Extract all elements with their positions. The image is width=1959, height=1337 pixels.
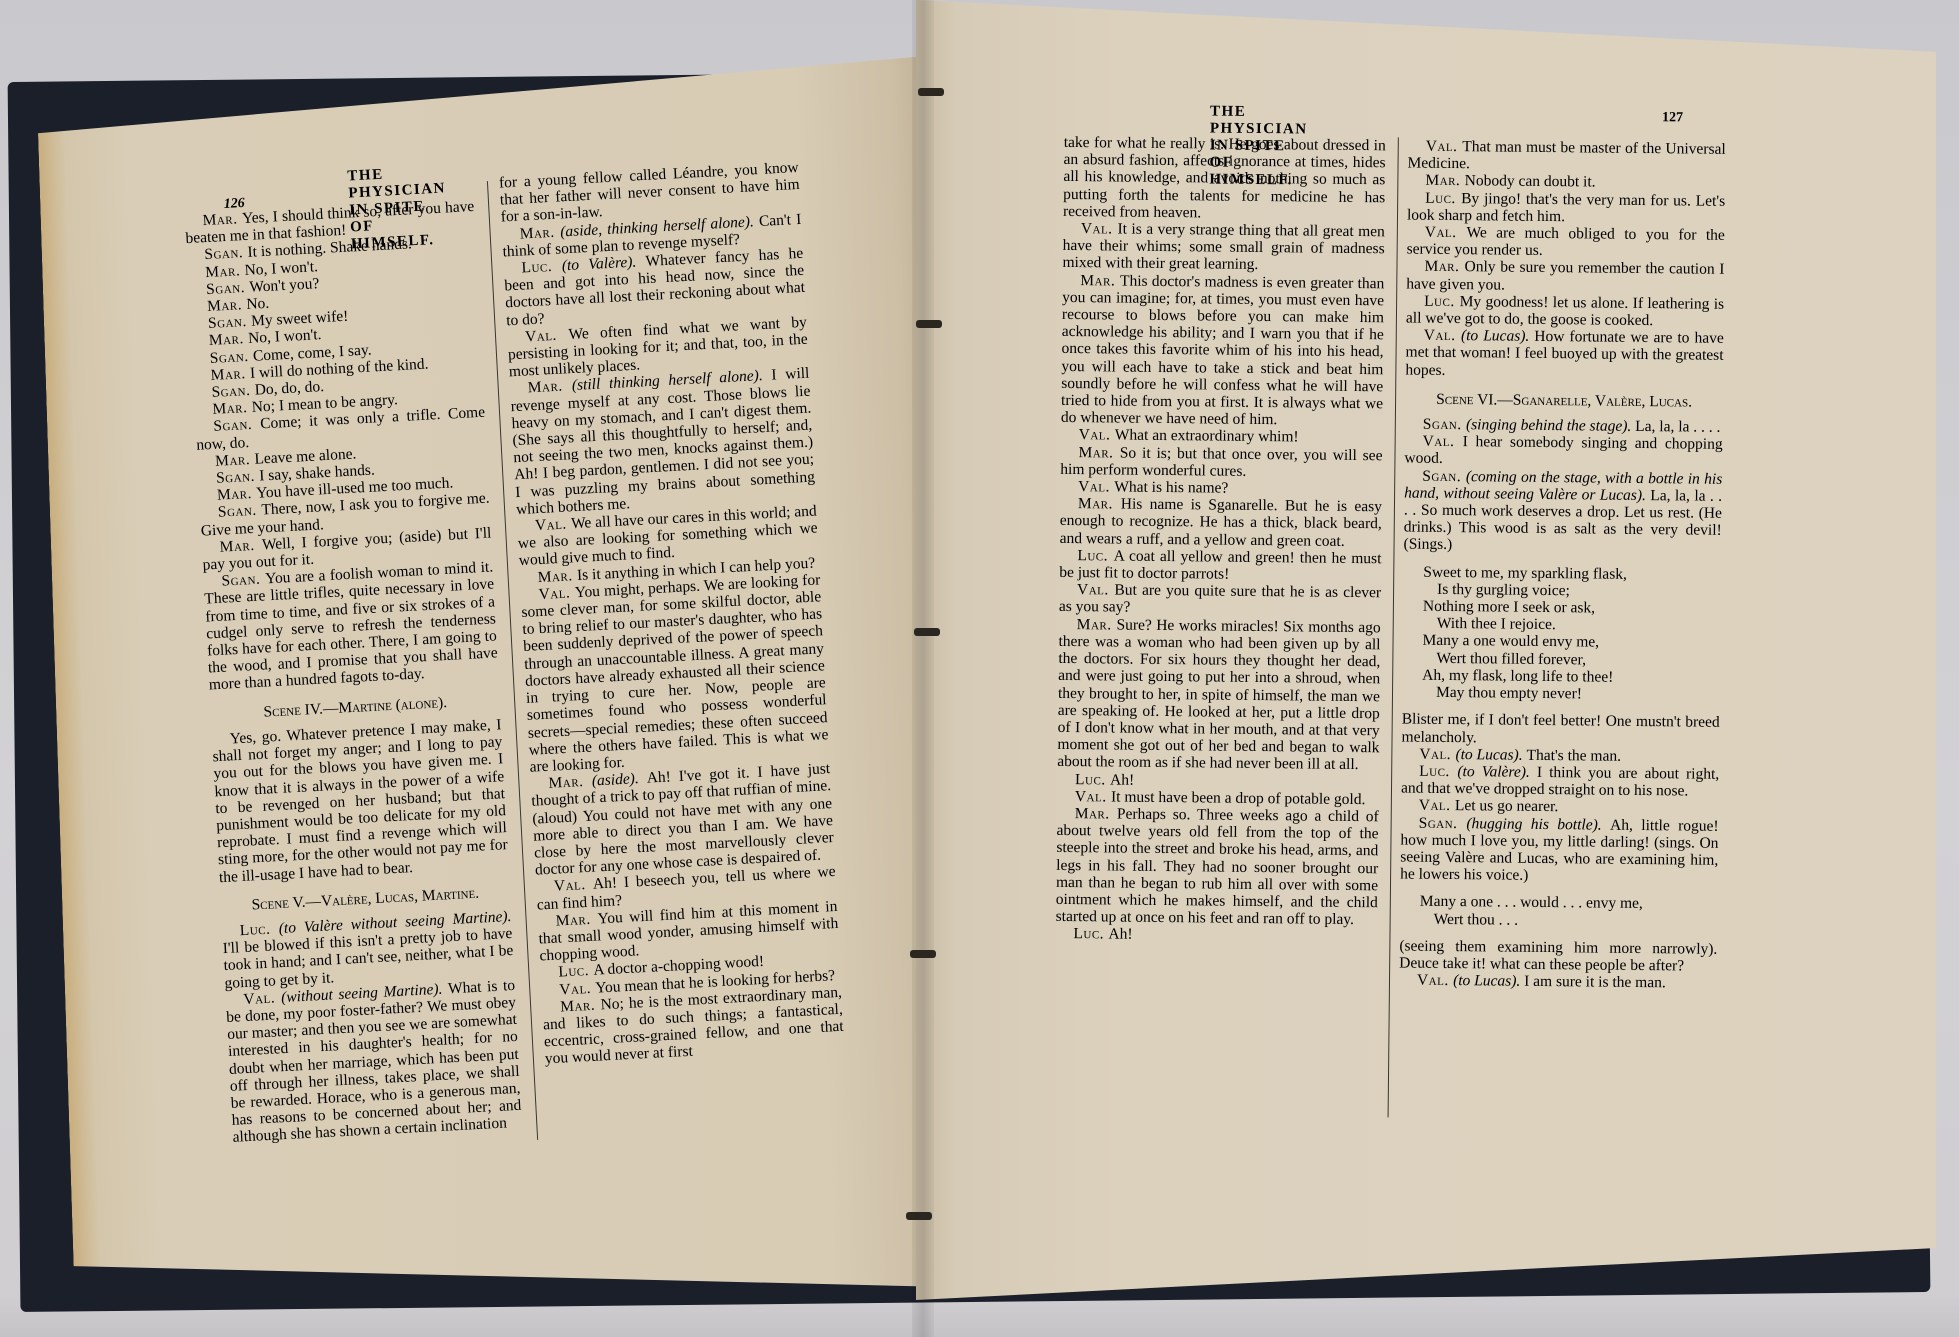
dialogue-line: Val. (to Lucas). I am sure it is the man… <box>1399 972 1717 993</box>
speaker-name: Luc. <box>239 920 279 939</box>
dialogue-text: No. <box>246 295 270 313</box>
dialogue-line: Mar. His name is Sganarelle. But he is e… <box>1060 495 1383 550</box>
speaker-name: Mar. <box>1080 272 1120 289</box>
left-column-2: for a young fellow called Léandre, you k… <box>499 159 845 1068</box>
speaker-name: Mar. <box>1078 444 1119 461</box>
binding-stitch <box>906 1212 932 1220</box>
speaker-name: Luc. <box>1075 771 1110 788</box>
stage-direction: (to Lucas). <box>1461 327 1534 345</box>
speaker-name: Val. <box>1419 797 1455 814</box>
speaker-name: Mar. <box>548 773 592 792</box>
page-number-right: 127 <box>1662 110 1683 126</box>
speaker-name: Val. <box>1081 220 1118 237</box>
speaker-name: Mar. <box>1425 172 1465 189</box>
verse-line: May thou empty never! <box>1422 684 1720 704</box>
speaker-name: Val. <box>1078 478 1114 495</box>
stage-direction: (singing behind the stage). <box>1466 416 1635 435</box>
dialogue-line: Sgan. (hugging his bottle). Ah, little r… <box>1400 814 1719 886</box>
speaker-name: Mar. <box>212 399 252 418</box>
dialogue-line: Val. But are you quite sure that he is a… <box>1059 581 1381 619</box>
stage-direction: (to Lucas). <box>1455 746 1526 764</box>
dialogue-line: Luc. My goodness! let us alone. If leath… <box>1406 292 1724 330</box>
dialogue-text: take for what he really is. He goes abou… <box>1063 134 1386 221</box>
speaker-name: Val. <box>1425 224 1467 241</box>
dialogue-text: Ah! <box>1108 926 1132 943</box>
speaker-name: Mar. <box>1075 805 1117 822</box>
dialogue-line: Mar. (still thinking herself alone). I w… <box>509 365 816 518</box>
dialogue-line: Mar. So it is; but that once over, you w… <box>1060 444 1382 482</box>
speaker-name: Mar. <box>527 378 572 397</box>
speaker-name: Mar. <box>208 330 248 349</box>
right-column-1: take for what he really is. He goes abou… <box>1055 134 1385 946</box>
speaker-name: Val. <box>1424 327 1461 344</box>
dialogue-text: Perhaps so. Three weeks ago a child of a… <box>1056 805 1379 928</box>
dialogue-line: Val. (to Lucas). How fortunate we are to… <box>1405 327 1724 382</box>
dialogue-line: Luc. Ah! <box>1055 925 1377 946</box>
speaker-name: Mar. <box>560 996 601 1015</box>
speaker-name: Sgan. <box>208 313 252 332</box>
speaker-name: Val. <box>535 515 572 534</box>
dialogue-line: Val. I hear somebody singing and choppin… <box>1404 433 1722 471</box>
dialogue-text: That's the man. <box>1526 747 1621 765</box>
dialogue-text: You might, perhaps. We are looking for s… <box>521 571 829 775</box>
speaker-name: Val. <box>553 876 593 895</box>
speaker-name: Luc. <box>1425 189 1461 206</box>
speaker-name: Mar. <box>555 910 598 929</box>
song-verse: Many a one . . . would . . . envy me,Wer… <box>1420 893 1718 931</box>
speaker-name: Luc. <box>1424 293 1460 310</box>
dialogue-line: Sgan. You are a foolish woman to mind it… <box>203 559 499 694</box>
dialogue-text: La, la, la . . . . <box>1635 418 1720 436</box>
dialogue-line: Luc. (to Valère). I think you are about … <box>1401 762 1719 800</box>
speaker-name: Luc. <box>521 257 562 276</box>
dialogue-line: Mar. This doctor's madness is even great… <box>1061 272 1385 430</box>
dialogue-text: Yes, go. Whatever pretence I may make, I… <box>212 716 508 886</box>
speaker-name: Val. <box>1423 433 1463 450</box>
dialogue-line: Mar. Only be sure you remember the cauti… <box>1406 258 1724 296</box>
stage-direction: (to Valère). <box>1457 763 1537 781</box>
speaker-name: Sgan. <box>221 571 266 590</box>
speaker-name: Mar. <box>519 223 560 242</box>
right-column-2: Val. That man must be master of the Univ… <box>1399 138 1726 993</box>
speaker-name: Mar. <box>219 536 262 555</box>
speaker-name: Val. <box>1419 745 1455 762</box>
speaker-name: Mar. <box>537 567 577 586</box>
binding-stitch <box>916 320 942 328</box>
speaker-name: Val. <box>559 979 596 998</box>
dialogue-line: take for what he really is. He goes abou… <box>1063 134 1386 223</box>
dialogue-text: Won't you? <box>249 275 320 296</box>
dialogue-line: Mar. Perhaps so. Three weeks ago a child… <box>1056 805 1379 929</box>
dialogue-line: Val. (without seeing Martine). What is t… <box>225 977 523 1147</box>
speaker-name: Luc. <box>1073 925 1108 942</box>
binding-stitch <box>914 628 940 636</box>
speaker-name: Val. <box>243 989 282 1008</box>
speaker-name: Val. <box>538 584 575 603</box>
speaker-name: Sgan. <box>213 416 261 435</box>
dialogue-line: Mar. (aside). Ah! I've got it. I have ju… <box>530 760 835 879</box>
binding-stitch <box>918 88 944 96</box>
dialogue-text: Blister me, if I don't feel better! One … <box>1401 711 1719 746</box>
speaker-name: Val. <box>1075 788 1111 805</box>
dialogue-line: Mar. Sure? He works miracles! Six months… <box>1057 616 1381 774</box>
speaker-name: Mar. <box>207 296 247 315</box>
song-verse: Sweet to me, my sparkling flask,Is thy g… <box>1422 563 1721 704</box>
speaker-name: Val. <box>525 326 569 345</box>
speaker-name: Sgan. <box>217 502 262 521</box>
speaker-name: Sgan. <box>211 382 255 401</box>
dialogue-text: What is his name? <box>1114 479 1228 497</box>
scene-heading: Scene VI.—Sganarelle, Valère, Lucas. <box>1405 390 1723 411</box>
speaker-name: Val. <box>1079 427 1115 444</box>
speaker-name: Mar. <box>202 210 242 229</box>
dialogue-line: Blister me, if I don't feel better! One … <box>1401 711 1719 749</box>
speaker-name: Val. <box>1077 581 1115 598</box>
speaker-name: Mar. <box>215 451 255 470</box>
speaker-name: Val. <box>1417 972 1453 989</box>
speaker-name: Luc. <box>1077 547 1113 564</box>
speaker-name: Mar. <box>1424 258 1464 275</box>
dialogue-line: Val. We are much obliged to you for the … <box>1407 224 1725 262</box>
dialogue-line: Sgan. (coming on the stage, with a bottl… <box>1403 467 1722 556</box>
dialogue-text: What an extraordinary whim! <box>1115 427 1299 446</box>
speaker-name: Sgan. <box>1419 814 1467 831</box>
dialogue-line: Luc. By jingo! that's the very man for u… <box>1407 189 1725 227</box>
speaker-name: Sgan. <box>206 279 250 298</box>
binding-stitch <box>910 950 936 958</box>
dialogue-text: Ah! <box>1110 771 1134 788</box>
speaker-name: Sgan. <box>204 244 248 263</box>
dialogue-line: Val. It is a very strange thing that all… <box>1062 220 1385 275</box>
speaker-name: Luc. <box>1419 763 1457 780</box>
dialogue-text: Sure? He works miracles! Six months ago … <box>1057 616 1381 773</box>
dialogue-line: Val. That man must be master of the Univ… <box>1407 138 1725 176</box>
speaker-name: Luc. <box>558 962 594 981</box>
dialogue-text: I am sure it is the man. <box>1524 973 1666 991</box>
speaker-name: Mar. <box>210 365 250 384</box>
dialogue-text: Let us go nearer. <box>1455 797 1558 815</box>
dialogue-text: (seeing them examining him more narrowly… <box>1399 937 1717 974</box>
speaker-name: Mar. <box>217 485 257 504</box>
verse-line: Wert thou . . . <box>1420 910 1718 930</box>
dialogue-line: Luc. A coat all yellow and green! then h… <box>1059 547 1381 585</box>
speaker-name: Mar. <box>205 262 245 281</box>
stage-direction: (hugging his bottle). <box>1466 815 1610 834</box>
speaker-name: Val. <box>1426 138 1463 155</box>
table-shadow <box>0 1297 1959 1337</box>
dialogue-line: Yes, go. Whatever pretence I may make, I… <box>211 716 509 886</box>
dialogue-text: Nobody can doubt it. <box>1465 173 1596 191</box>
dialogue-line: Val. You might, perhaps. We are looking … <box>520 571 829 776</box>
speaker-name: Sgan. <box>209 347 253 366</box>
dialogue-text: This doctor's madness is even greater th… <box>1061 272 1385 428</box>
left-column-1: Mar. Yes, I should think so, after you h… <box>184 198 523 1146</box>
speaker-name: Sgan. <box>1423 416 1466 433</box>
speaker-name: Mar. <box>1077 616 1117 633</box>
speaker-name: Mar. <box>1078 495 1121 512</box>
speaker-name: Sgan. <box>1422 467 1466 484</box>
book-gutter <box>912 0 934 1337</box>
stage-direction: (to Lucas). <box>1453 972 1524 990</box>
dialogue-line: (seeing them examining him more narrowly… <box>1399 937 1717 975</box>
speaker-name: Sgan. <box>216 468 260 487</box>
